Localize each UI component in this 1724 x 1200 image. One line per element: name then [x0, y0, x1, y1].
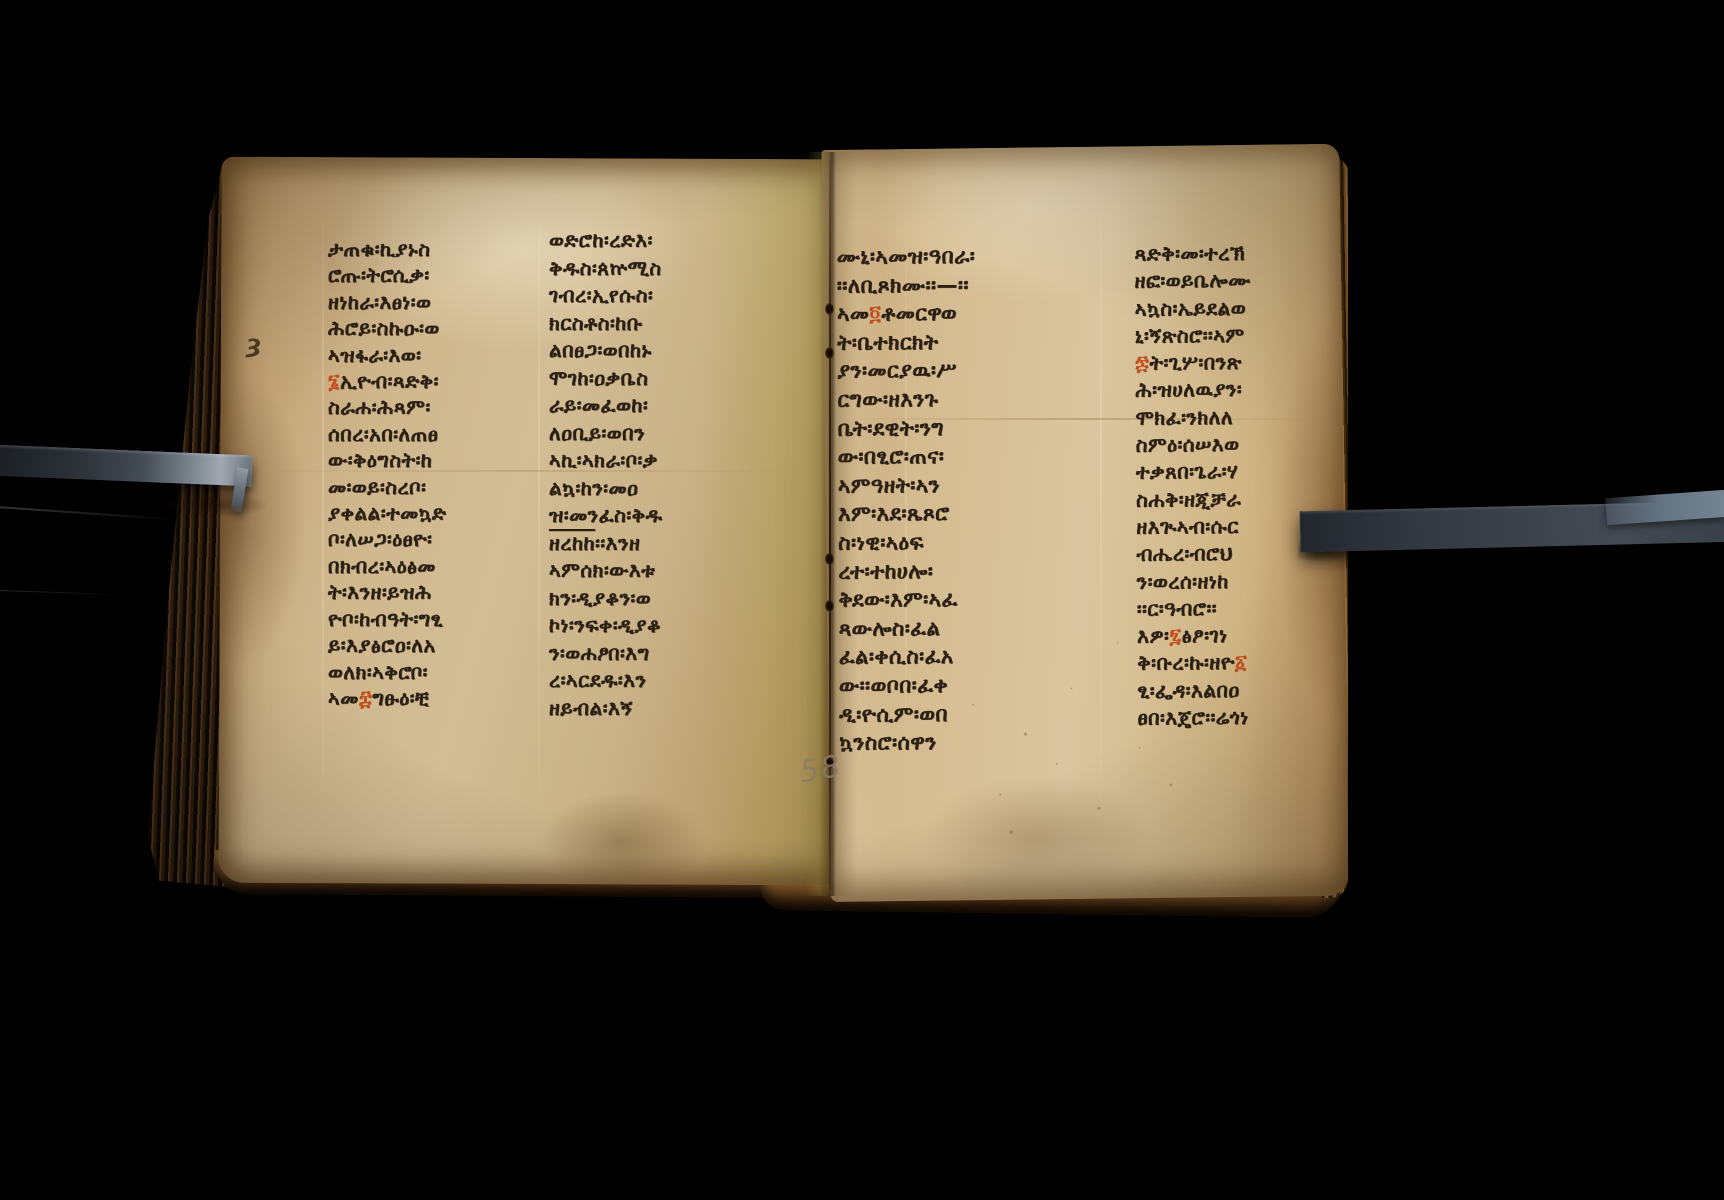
manuscript-line: ፮ኢዮብ፡ጻድቅ፡: [328, 368, 536, 394]
manuscript-line: ት፡ቤተክርክት: [837, 327, 1091, 357]
photo-background: ታጠቁ፡ኪያኑስሮጡ፡ትሮሲቃ፡ዘነከራ፡እፀነ፡ወሕሮይ፡ስኩዑ፡ወኣዝፋራ፡…: [0, 0, 1724, 1200]
manuscript-line: ው፡በፂሮ፡ጠና፡: [838, 441, 1092, 471]
sewing-station: [825, 600, 834, 612]
manuscript-line: ዝ፡መንፈስ፡ቅዱ: [549, 502, 751, 530]
stray-thread: [0, 590, 118, 595]
manuscript-line: ቤት፡ደዊት፡ንግ: [838, 413, 1092, 443]
stray-thread: [0, 506, 165, 520]
manuscript-line: ን፡ወሐፆበ፡እግ: [549, 640, 751, 668]
manuscript-line: ፡፡ር፡ዓብሮ፡፡: [1137, 594, 1335, 623]
manuscript-line: ፡፡ለቢጾክሙ፡፡—፡፡: [837, 270, 1091, 300]
manuscript-line: ው፡ቅዕግስት፡ከ: [328, 447, 536, 473]
manuscript-line: ልበፀጋ፡ወበከኑ: [549, 337, 751, 365]
manuscript-line: ዘረከከ፡፡እንዘ: [549, 530, 751, 558]
overlined-word: ዘረከከ: [549, 531, 595, 555]
manuscript-line: ያን፡መርያዉ፡ሥ: [837, 356, 1091, 386]
manuscript-line: ገብረ፡ኢየሱስ፡: [549, 282, 751, 310]
page-crease: [538, 180, 540, 830]
rubric-character: ፷: [1135, 351, 1150, 375]
manuscript-line: ረ፡ኣርደዱ፡እን: [549, 667, 751, 695]
manuscript-line: ኮነ፡ንፍቀ፡ዲያቆ: [549, 612, 751, 640]
manuscript-line: ሞክፈ፡ንክለለ: [1135, 403, 1333, 432]
manuscript-line: በክብረ፡ኣዕፅመ: [328, 553, 536, 579]
manuscript-line: ተቃጸበ፡ጌራ፡ሃ: [1136, 458, 1334, 487]
left-ribbon-shadow: [150, 492, 270, 518]
manuscript-line: መ፡ወይ፡ስረቦ፡: [328, 474, 536, 500]
manuscript-line: ለዐቢይ፡ወበን: [549, 420, 751, 448]
manuscript-line: ስሐቅ፡ዘጂቻራ: [1136, 485, 1334, 514]
manuscript-line: ያቀልል፡ተመኳድ: [328, 500, 536, 526]
manuscript-line: ዘፎ፡ወይቤሎሙ: [1134, 267, 1332, 296]
manuscript-line: ዲ፡ዮሲም፡ወበ: [839, 699, 1093, 729]
manuscript-line: ኣመ፬ቶመርዋወ: [837, 299, 1091, 329]
manuscript-line: ወድሮከ፡ረድእ፡: [549, 227, 751, 255]
rubric-character: ፰: [359, 686, 373, 710]
manuscript-line: ሕሮይ፡ስኩዑ፡ወ: [328, 315, 536, 341]
manuscript-line: ፂ፡ፌዳ፡እልበዐ: [1137, 676, 1335, 705]
manuscript-line: ኒ፡ኝጽስሮ፡፡ኣም: [1135, 321, 1333, 350]
manuscript-line: ክን፡ዲያቆን፡ወ: [549, 585, 751, 613]
manuscript-line: ፷ት፡ጊሦ፡በንጽ: [1135, 348, 1333, 377]
manuscript-line: እም፡እደ፡ጼጾሮ: [838, 499, 1092, 529]
manuscript-line: ፈል፡ቀሲስ፡ፈአ: [839, 642, 1093, 672]
manuscript-line: ጻድቅ፡መ፡ተረኽ: [1134, 239, 1332, 268]
manuscript-line: ቅዱስ፡ጰኵሚስ: [549, 255, 751, 283]
manuscript-line: ሞገከ፡ዐቃቤስ: [549, 365, 751, 393]
manuscript-line: ሮጡ፡ትሮሲቃ፡: [328, 262, 536, 288]
manuscript-line: ቦ፡ለሠጋ፡ዕፀዮ፡: [328, 526, 536, 552]
rubric-character: ፩: [1235, 650, 1248, 674]
rubric-character: ፯: [1169, 624, 1182, 648]
manuscript-line: ልኳ፡ከን፡መዐ: [549, 475, 751, 503]
manuscript-line: ፀበ፡እጄሮ፡፡ሬጎነ: [1138, 703, 1336, 732]
manuscript-line: ዮቦ፡ከብዓት፡ግፂ: [328, 606, 536, 632]
manuscript-line: ስራሐ፡ሕጻም፡: [328, 394, 536, 420]
page-crease: [1100, 175, 1102, 835]
manuscript-line: ት፡እንዘ፡ይዝሕ: [328, 579, 536, 605]
manuscript-line: ኣኳስ፡ኤይደልወ: [1135, 294, 1333, 323]
sewing-station: [825, 347, 834, 359]
manuscript-line: ይ፡እያፅሮዐ፡ለአ: [328, 632, 536, 658]
manuscript-line: ክርስቶስ፡ከቡ: [549, 310, 751, 338]
manuscript-line: ኣምሰክ፡ውእቱ: [549, 557, 751, 585]
manuscript-line: ዘይብል፡እኝ: [549, 695, 751, 723]
manuscript-line: ው፡፡ወቦበ፡ፈቀ: [839, 670, 1093, 700]
text-column-1: ታጠቁ፡ኪያኑስሮጡ፡ትሮሲቃ፡ዘነከራ፡እፀነ፡ወሕሮይ፡ስኩዑ፡ወኣዝፋራ፡…: [328, 236, 536, 711]
folio-number: 58: [797, 749, 845, 791]
manuscript-line: ስ፡ነዊ፡ኣዕፍ: [838, 527, 1092, 557]
manuscript-line: ኣመ፰ግፁዕ፡ቺ: [328, 685, 536, 711]
manuscript-line: ን፡ወረሰ፡ዘነከ: [1137, 567, 1335, 596]
sewing-station: [825, 553, 834, 565]
rubric-character: ፬: [869, 302, 881, 326]
manuscript-line: ረተ፡ተከሀሎ፡: [838, 556, 1092, 586]
manuscript-line: ስምዕ፡ሰሠእወ: [1136, 430, 1334, 459]
manuscript-line: ሕ፡ዝሀለዉያን፡: [1135, 376, 1333, 405]
manuscript-line: ሰበረ፡አበ፡ለጠፀ: [328, 421, 536, 447]
sewing-station: [825, 303, 834, 315]
manuscript-line: እዎ፡፯ፅፆ፡ገነ: [1137, 621, 1335, 650]
manuscript-line: ራይ፡መፈወከ፡: [549, 392, 751, 420]
manuscript-line: ኣምዓዘት፡ኣን: [838, 470, 1092, 500]
manuscript-line: ወለክ፡ኣቅሮቦ፡: [328, 659, 536, 685]
manuscript-line: ኣዝፋራ፡እወ፡: [328, 342, 536, 368]
manuscript-line: ኳንስሮ፡ሰዋን: [839, 727, 1093, 757]
text-column-4: ጻድቅ፡መ፡ተረኽዘፎ፡ወይቤሎሙኣኳስ፡ኤይደልወኒ፡ኝጽስሮ፡፡ኣም፷ት፡ጊ…: [1134, 239, 1335, 732]
manuscript-line: ኣኪ፡ኣክራ፡ቦ፡ቃ: [549, 447, 751, 475]
manuscript-line: ዘነከራ፡እፀነ፡ወ: [328, 289, 536, 315]
manuscript-line: ቅ፡ቡረ፡ኩ፡ዘዮ፩: [1137, 649, 1335, 678]
page-crease: [322, 200, 324, 820]
text-column-3: ሙኒ፡ኣመዝ፡ዓበራ፡፡፡ለቢጾክሙ፡፡—፡፡ኣመ፬ቶመርዋወት፡ቤተክርክትያ…: [837, 241, 1094, 757]
manuscript-line: ጻውሎስ፡ፈል: [839, 613, 1093, 643]
manuscript-line: ሙኒ፡ኣመዝ፡ዓበራ፡: [837, 241, 1091, 271]
manuscript-line: ቅደው፡እም፡ኣፈ: [838, 584, 1092, 614]
manuscript-line: ታጠቁ፡ኪያኑስ: [328, 236, 536, 262]
manuscript-line: ርግው፡ዘእንጉ: [837, 384, 1091, 414]
rubric-character: ፮: [328, 369, 340, 393]
text-column-2: ወድሮከ፡ረድእ፡ቅዱስ፡ጰኵሚስገብረ፡ኢየሱስ፡ክርስቶስ፡ከቡልበፀጋ፡ወ…: [549, 227, 751, 722]
